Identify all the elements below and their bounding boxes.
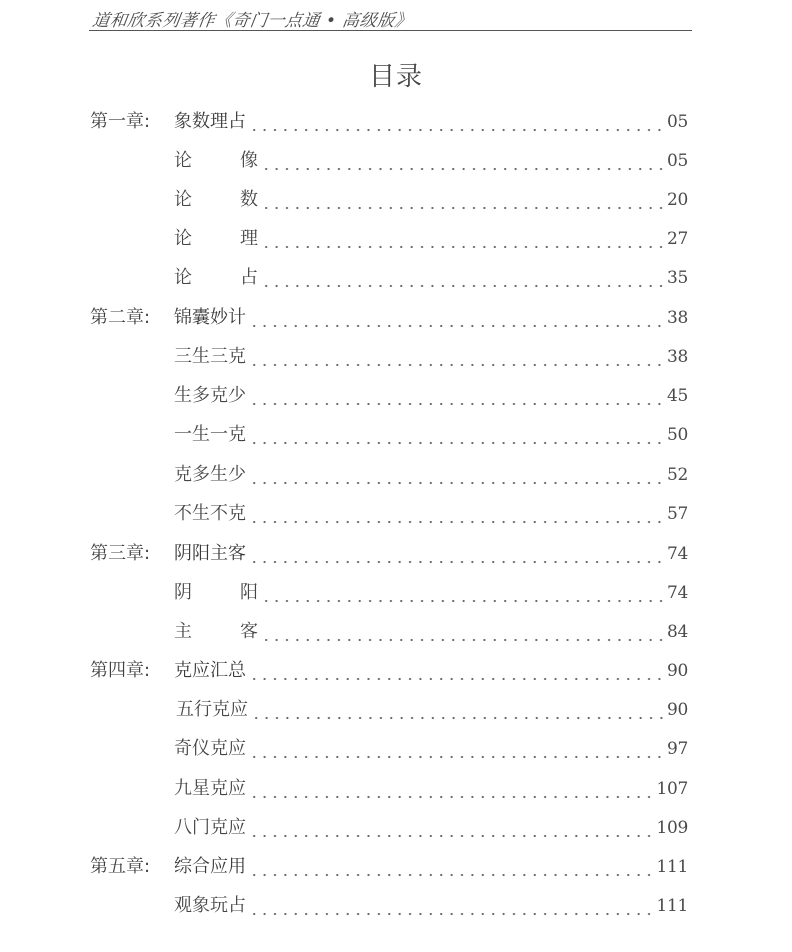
- page-number: 107: [656, 777, 688, 801]
- dot-leader: [259, 581, 666, 605]
- section-title: 论占: [174, 266, 258, 290]
- page-number: 50: [667, 423, 688, 447]
- page-number: 52: [667, 463, 688, 487]
- page-number: 74: [667, 542, 688, 566]
- dot-leader: [247, 306, 666, 330]
- dot-leader: [259, 620, 666, 644]
- section-title: 不生不克: [174, 502, 246, 526]
- toc-section-row[interactable]: 不生不克 57: [90, 500, 688, 526]
- section-title: 生多克少: [174, 384, 246, 408]
- page-number: 38: [667, 306, 688, 330]
- toc-section-row[interactable]: 论理 27: [90, 225, 688, 251]
- page-number: 97: [667, 737, 688, 761]
- page-number: 111: [656, 894, 688, 918]
- section-title: 论数: [174, 188, 258, 212]
- toc-section-row[interactable]: 生多克少 45: [90, 382, 688, 408]
- page-number: 27: [667, 227, 688, 251]
- chapter-number: 第一章:: [90, 110, 174, 134]
- chapter-number: 第二章:: [90, 306, 174, 330]
- section-title: 论像: [174, 149, 258, 173]
- toc-list: 第一章: 象数理占 05 论像 05 论数 20 论理 27 论占 35: [0, 0, 792, 952]
- page-number: 05: [667, 110, 688, 134]
- toc-chapter-row[interactable]: 第二章: 锦囊妙计 38: [90, 304, 688, 330]
- dot-leader: [259, 227, 666, 251]
- toc-section-row[interactable]: 阴阳 74: [90, 579, 688, 605]
- dot-leader: [247, 110, 666, 134]
- section-title: 一生一克: [174, 423, 246, 447]
- toc-section-row[interactable]: 五行克应 90: [90, 696, 688, 722]
- toc-chapter-row[interactable]: 第四章: 克应汇总 90: [90, 657, 688, 683]
- toc-section-row[interactable]: 观象玩占 111: [90, 892, 688, 918]
- page-number: 45: [667, 384, 688, 408]
- section-title: 阴阳: [174, 581, 258, 605]
- toc-section-row[interactable]: 论数 20: [90, 186, 688, 212]
- dot-leader: [247, 423, 666, 447]
- dot-leader: [247, 816, 655, 840]
- section-title: 奇仪克应: [174, 737, 246, 761]
- dot-leader: [247, 345, 666, 369]
- dot-leader: [259, 266, 666, 290]
- page-number: 90: [667, 698, 688, 722]
- chapter-title: 克应汇总: [174, 659, 246, 683]
- dot-leader: [247, 737, 666, 761]
- dot-leader: [247, 463, 666, 487]
- page-number: 57: [667, 502, 688, 526]
- toc-section-row[interactable]: 三生三克 38: [90, 343, 688, 369]
- chapter-number: 第五章:: [90, 855, 174, 879]
- toc-section-row[interactable]: 八门克应 109: [90, 814, 688, 840]
- dot-leader: [249, 698, 666, 722]
- chapter-number: 第四章:: [90, 659, 174, 683]
- section-title: 九星克应: [174, 777, 246, 801]
- page-number: 20: [667, 188, 688, 212]
- toc-section-row[interactable]: 论像 05: [90, 147, 688, 173]
- dot-leader: [247, 502, 666, 526]
- dot-leader: [247, 894, 655, 918]
- section-title: 主客: [174, 620, 258, 644]
- page-number: 74: [667, 581, 688, 605]
- toc-section-row[interactable]: 奇仪克应 97: [90, 735, 688, 761]
- page-number: 84: [667, 620, 688, 644]
- dot-leader: [259, 188, 666, 212]
- chapter-title: 象数理占: [174, 110, 246, 134]
- chapter-title: 锦囊妙计: [174, 306, 246, 330]
- page-number: 38: [667, 345, 688, 369]
- toc-section-row[interactable]: 克多生少 52: [90, 461, 688, 487]
- dot-leader: [247, 659, 666, 683]
- dot-leader: [247, 384, 666, 408]
- chapter-title: 综合应用: [174, 855, 246, 879]
- toc-section-row[interactable]: 论占 35: [90, 264, 688, 290]
- section-title: 克多生少: [174, 463, 246, 487]
- page-number: 90: [667, 659, 688, 683]
- section-title: 五行克应: [176, 698, 248, 722]
- dot-leader: [247, 777, 655, 801]
- section-title: 三生三克: [174, 345, 246, 369]
- dot-leader: [247, 542, 666, 566]
- page-number: 05: [667, 149, 688, 173]
- section-title: 观象玩占: [174, 894, 246, 918]
- section-title: 八门克应: [174, 816, 246, 840]
- toc-chapter-row[interactable]: 第三章: 阴阳主客 74: [90, 540, 688, 566]
- page-number: 35: [667, 266, 688, 290]
- toc-section-row[interactable]: 主客 84: [90, 618, 688, 644]
- dot-leader: [259, 149, 666, 173]
- page-number: 111: [656, 855, 688, 879]
- toc-section-row[interactable]: 一生一克 50: [90, 421, 688, 447]
- page-number: 109: [656, 816, 688, 840]
- toc-chapter-row[interactable]: 第五章: 综合应用 111: [90, 853, 688, 879]
- section-title: 论理: [174, 227, 258, 251]
- dot-leader: [247, 855, 655, 879]
- chapter-title: 阴阳主客: [174, 542, 246, 566]
- chapter-number: 第三章:: [90, 542, 174, 566]
- toc-chapter-row[interactable]: 第一章: 象数理占 05: [90, 108, 688, 134]
- toc-section-row[interactable]: 九星克应 107: [90, 775, 688, 801]
